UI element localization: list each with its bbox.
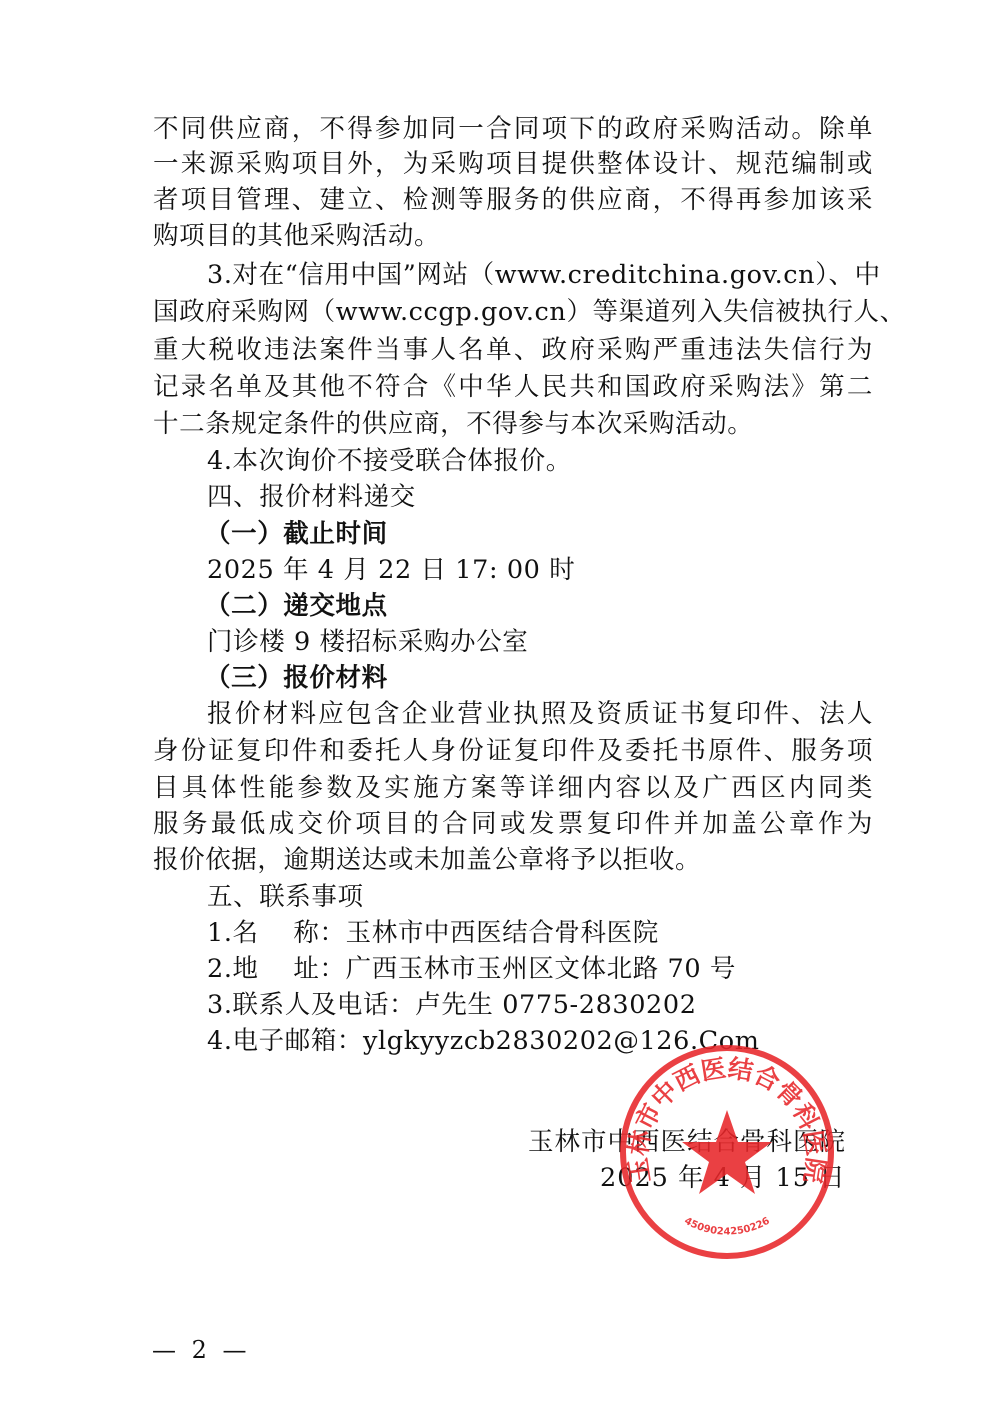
contact-name: 1.名 称：玉林市中西医结合骨科医院 (207, 917, 873, 949)
official-seal-stamp: 玉林市中西医结合骨科医院 4509024250226 (617, 1042, 837, 1262)
contact-address: 2.地 址：广西玉林市玉州区文体北路 70 号 (207, 953, 873, 985)
materials-line: 服务最低成交价项目的合同或发票复印件并加盖公章作为 (153, 808, 873, 840)
item3-line: 3.对在“信用中国”网站（www.creditchina.gov.cn）、中 (207, 259, 873, 291)
materials-line: 身份证复印件和委托人身份证复印件及委托书原件、服务项 (153, 735, 873, 767)
contact-phone: 3.联系人及电话：卢先生 0775-2830202 (207, 989, 873, 1021)
paragraph-line: 者项目管理、建立、检测等服务的供应商，不得再参加该采 (153, 184, 873, 216)
paragraph-line: 购项目的其他采购活动。 (153, 220, 873, 252)
paragraph-line: 不同供应商，不得参加同一合同项下的政府采购活动。除单 (153, 113, 873, 145)
deadline-value: 2025 年 4 月 22 日 17: 00 时 (207, 554, 873, 586)
item3-line: 记录名单及其他不符合《中华人民共和国政府采购法》第二 (153, 371, 873, 403)
section5-title: 五、联系事项 (207, 881, 873, 913)
materials-line: 报价依据，逾期送达或未加盖公章将予以拒收。 (153, 844, 873, 876)
materials-title: （三）报价材料 (205, 662, 925, 694)
seal-code: 4509024250226 (682, 1216, 771, 1238)
item3-line: 重大税收违法案件当事人名单、政府采购严重违法失信行为 (153, 334, 873, 366)
page-number: — 2 — (152, 1336, 251, 1364)
materials-line: 报价材料应包含企业营业执照及资质证书复印件、法人 (207, 698, 873, 730)
deadline-title: （一）截止时间 (205, 518, 925, 550)
paragraph-line: 一来源采购项目外，为采购项目提供整体设计、规范编制或 (153, 148, 873, 180)
item4-text: 4.本次询价不接受联合体报价。 (207, 445, 873, 477)
section4-title: 四、报价材料递交 (207, 481, 873, 513)
location-title: （二）递交地点 (205, 590, 925, 622)
materials-line: 目具体性能参数及实施方案等详细内容以及广西区内同类 (153, 772, 873, 804)
item3-line: 十二条规定条件的供应商，不得参与本次采购活动。 (153, 408, 873, 440)
item3-line: 国政府采购网（www.ccgp.gov.cn）等渠道列入失信被执行人、 (153, 296, 873, 328)
star-icon (682, 1110, 772, 1194)
document-page: 不同供应商，不得参加同一合同项下的政府采购活动。除单 一来源采购项目外，为采购项… (0, 0, 1000, 1425)
location-value: 门诊楼 9 楼招标采购办公室 (207, 626, 873, 658)
